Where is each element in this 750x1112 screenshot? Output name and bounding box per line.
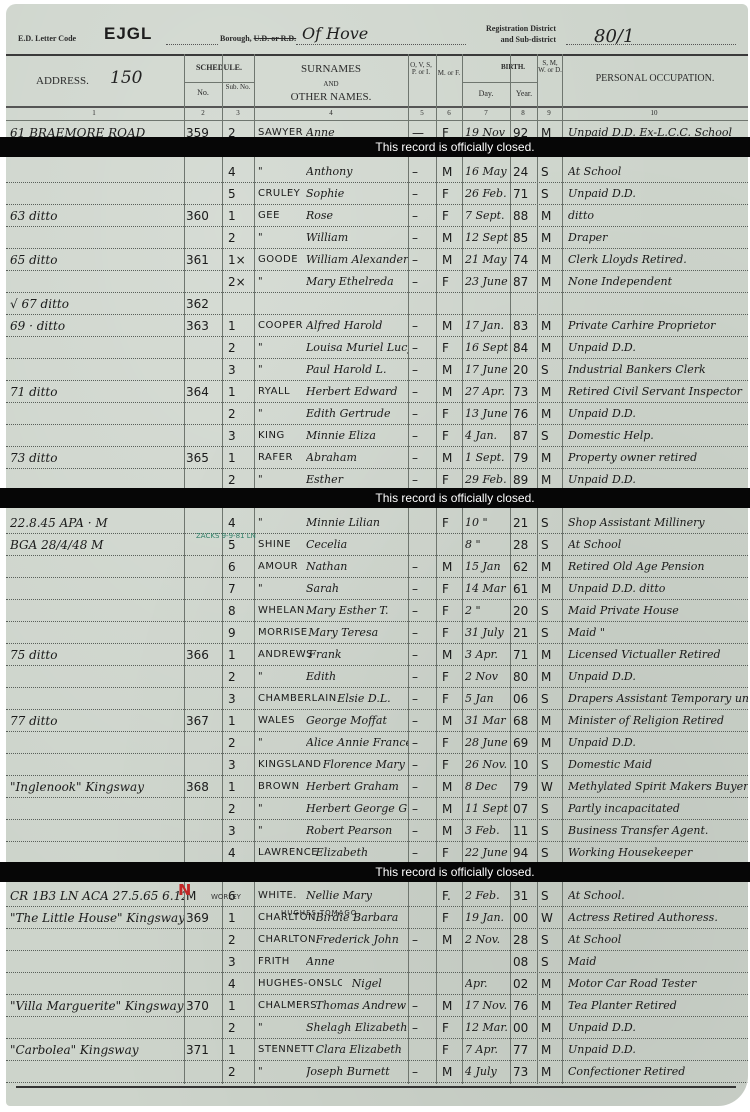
cell-no [186, 622, 222, 644]
cell-address: BGA 28/4/48 M [10, 534, 184, 556]
table-row: 9MORRISEMary Teresa–F31 July21SMaid " [6, 622, 748, 644]
table-row: 2"Louisa Muriel Lucy–F16 Sept.84MUnpaid … [6, 337, 748, 359]
register-page: E.D. Letter Code EJGL Borough, U.D. or R… [6, 4, 748, 1106]
cell-day: 3 Apr. [465, 644, 509, 666]
cell-year: 85 [513, 227, 537, 249]
cell-occupation: Unpaid D.D. [568, 1017, 748, 1039]
cell-occupation: At School. [568, 885, 748, 907]
cell-address [10, 425, 184, 447]
cell-occupation: Private Carhire Proprietor [568, 315, 748, 337]
table-row: √ 67 ditto362 [6, 293, 748, 315]
cell-no [186, 227, 222, 249]
cell-names: Mary Esther T. [306, 600, 408, 622]
cell-names: Frank [308, 644, 408, 666]
cell-day: 17 Nov. [465, 995, 509, 1017]
cell-names: Sophie [306, 183, 408, 205]
address-number: 150 [110, 68, 142, 88]
column-number: 9 [539, 110, 559, 117]
cell-sub: 4 [228, 512, 252, 534]
cell-ovspi: – [412, 381, 432, 403]
cell-address [10, 929, 184, 951]
cell-address: "The Little House" Kingsway [10, 907, 184, 929]
cell-sex: F [442, 754, 462, 776]
cell-status: S [541, 161, 561, 183]
cell-names: William [306, 227, 408, 249]
table-row: "The Little House" Kingsway3691CHARLTONB… [6, 907, 748, 929]
cell-sex: F [442, 425, 462, 447]
cell-status: M [541, 644, 561, 666]
cell-occupation [568, 293, 748, 315]
cell-no: 365 [186, 447, 222, 469]
table-row: "Villa Marguerite" Kingsway3701CHALMERST… [6, 995, 748, 1017]
cell-sub: 3 [228, 951, 252, 973]
cell-sub: 5 [228, 183, 252, 205]
cell-status: M [541, 403, 561, 425]
cell-names: Edith [306, 666, 408, 688]
cell-year: 06 [513, 688, 537, 710]
cell-year: 69 [513, 732, 537, 754]
cell-day: 2 " [465, 600, 509, 622]
cell-names: Herbert Edward [306, 381, 408, 403]
table-row: 2×"Mary Ethelreda–F23 June87MNone Indepe… [6, 271, 748, 293]
column-divider [408, 54, 409, 1084]
cell-occupation: Unpaid D.D. ditto [568, 578, 748, 600]
table-row: 2"Alice Annie Frances–F28 June69MUnpaid … [6, 732, 748, 754]
registration-label-1: Registration District [476, 24, 556, 33]
cell-status: S [541, 951, 561, 973]
cell-sub: 1 [228, 381, 252, 403]
cell-ovspi [412, 1039, 432, 1061]
cell-occupation: Industrial Bankers Clerk [568, 359, 748, 381]
cell-day: 26 Feb. [465, 183, 509, 205]
cell-ovspi: – [412, 249, 432, 271]
cell-address [10, 183, 184, 205]
cell-sub: 1 [228, 447, 252, 469]
cell-status [541, 293, 561, 315]
cell-ovspi: – [412, 359, 432, 381]
cell-sex: M [442, 710, 462, 732]
borough-label: Borough, U.D. or R.D. [220, 34, 296, 43]
cell-day: 22 June [465, 842, 509, 864]
cell-ovspi: – [412, 271, 432, 293]
cell-sub: 4 [228, 161, 252, 183]
cell-names [306, 293, 408, 315]
cell-address [10, 666, 184, 688]
cell-names: Herbert Graham [306, 776, 408, 798]
cell-sub: 2 [228, 403, 252, 425]
cell-year: 21 [513, 512, 537, 534]
cell-sex: M [442, 798, 462, 820]
cell-sex: F [442, 1039, 462, 1061]
cell-sex: F [442, 1017, 462, 1039]
cell-status: M [541, 556, 561, 578]
cell-year: 87 [513, 425, 537, 447]
cell-names: George Moffat [306, 710, 408, 732]
cell-ovspi: – [412, 600, 432, 622]
cell-ovspi: – [412, 205, 432, 227]
cell-status: M [541, 973, 561, 995]
cell-surname: CHAMBERLAIN [258, 688, 342, 710]
cell-ovspi: – [412, 995, 432, 1017]
cell-address [10, 732, 184, 754]
cell-status: M [541, 227, 561, 249]
cell-day: 16 May [465, 161, 509, 183]
cell-sex: F [442, 403, 462, 425]
cell-ovspi: – [412, 161, 432, 183]
cell-day: 12 Mar. [465, 1017, 509, 1039]
cell-year: 79 [513, 776, 537, 798]
cell-address [10, 403, 184, 425]
column-number: 6 [439, 110, 459, 117]
col-birth-day: Day. [463, 90, 509, 98]
column-number: 2 [193, 110, 213, 117]
cell-sub: 2 [228, 929, 252, 951]
cell-ovspi: – [412, 578, 432, 600]
cell-sex: F [442, 732, 462, 754]
cell-day: 5 Jan [465, 688, 509, 710]
closed-record-banner: This record is officially closed. [0, 862, 750, 882]
cell-sex: M [442, 161, 462, 183]
cell-day: 2 Feb. [465, 885, 509, 907]
cell-ovspi: – [412, 556, 432, 578]
cell-names: Thomas Andrew [316, 995, 408, 1017]
table-row: 3KINGSLANDFlorence Mary–F26 Nov.10SDomes… [6, 754, 748, 776]
cell-address [10, 337, 184, 359]
cell-occupation: Unpaid D.D. [568, 183, 748, 205]
table-row: 63 ditto3601GEERose–F7 Sept.88Mditto [6, 205, 748, 227]
cell-status: S [541, 359, 561, 381]
cell-ovspi: – [412, 227, 432, 249]
cell-address [10, 951, 184, 973]
cell-status: M [541, 732, 561, 754]
cell-status: M [541, 205, 561, 227]
cell-ovspi: – [412, 622, 432, 644]
cell-ovspi [412, 512, 432, 534]
cell-no [186, 688, 222, 710]
cell-names: Nellie Mary [306, 885, 408, 907]
closed-record-banner: This record is officially closed. [0, 137, 750, 157]
cell-address [10, 1061, 184, 1083]
table-row: 69 · ditto3631COOPERAlfred Harold–M17 Ja… [6, 315, 748, 337]
cell-day: 17 Jan. [465, 315, 509, 337]
cell-names: William Alexander [306, 249, 408, 271]
cell-address [10, 622, 184, 644]
cell-names: Anthony [306, 161, 408, 183]
cell-ovspi: – [412, 820, 432, 842]
cell-sub [228, 293, 252, 315]
cell-day: 8 Dec [465, 776, 509, 798]
cell-no [186, 337, 222, 359]
cell-sub: 1× [228, 249, 252, 271]
table-row: 4LAWRENCEElizabeth–F22 June94SWorking Ho… [6, 842, 748, 864]
column-number: 3 [228, 110, 248, 117]
cell-status: M [541, 381, 561, 403]
cell-occupation: ditto [568, 205, 748, 227]
cell-no [186, 403, 222, 425]
cell-names: Edith Gertrude [306, 403, 408, 425]
cell-day: 4 Jan. [465, 425, 509, 447]
table-row: "Carbolea" Kingsway3711STENNETTClara Eli… [6, 1039, 748, 1061]
cell-year: 83 [513, 315, 537, 337]
cell-no [186, 842, 222, 864]
cell-names: Mary Teresa [308, 622, 408, 644]
cell-occupation: Retired Civil Servant Inspector [568, 381, 748, 403]
table-row: 73 ditto3651RAFERAbraham–M1 Sept.79MProp… [6, 447, 748, 469]
cell-names: Elizabeth [316, 842, 408, 864]
col-status: S, M, W. or D. [538, 60, 562, 75]
cell-year: 08 [513, 951, 537, 973]
cell-sex: M [442, 820, 462, 842]
cell-day: 1 Sept. [465, 447, 509, 469]
cell-day: 23 June [465, 271, 509, 293]
cell-ovspi: – [412, 315, 432, 337]
cell-day: 26 Nov. [465, 754, 509, 776]
cell-sub: 3 [228, 688, 252, 710]
cell-address: CR 1B3 LN ACA 27.5.65 6.12.49 [10, 885, 184, 907]
cell-sub: 1 [228, 710, 252, 732]
cell-sex: M [442, 929, 462, 951]
cell-day: 19 Jan. [465, 907, 509, 929]
cell-status: S [541, 929, 561, 951]
cell-address [10, 820, 184, 842]
cell-sub: 4 [228, 842, 252, 864]
cell-names: Elsie D.L. [337, 688, 408, 710]
column-divider [510, 54, 511, 1084]
cell-year: 73 [513, 1061, 537, 1083]
cell-address: 77 ditto [10, 710, 184, 732]
cell-year: 61 [513, 578, 537, 600]
cell-ovspi: – [412, 425, 432, 447]
cell-address [10, 754, 184, 776]
cell-no [186, 578, 222, 600]
cell-ovspi [412, 907, 432, 929]
cell-sex: M [442, 249, 462, 271]
cell-address: "Carbolea" Kingsway [10, 1039, 184, 1061]
cell-day: 11 Sept. [465, 798, 509, 820]
cell-sex: M [442, 447, 462, 469]
cell-no: 362 [186, 293, 222, 315]
cell-ovspi [412, 885, 432, 907]
cell-names: Mary Ethelreda [306, 271, 408, 293]
cell-year: 24 [513, 161, 537, 183]
cell-year: 77 [513, 1039, 537, 1061]
column-number: 7 [476, 110, 496, 117]
cell-no: 363 [186, 315, 222, 337]
cell-address: 63 ditto [10, 205, 184, 227]
cell-status: M [541, 666, 561, 688]
cell-sub: 2 [228, 1061, 252, 1083]
cell-ovspi: – [412, 1017, 432, 1039]
cell-day: 15 Jan [465, 556, 509, 578]
cell-no [186, 271, 222, 293]
cell-no: 371 [186, 1039, 222, 1061]
cell-sex: F [442, 578, 462, 600]
cell-sex: F [442, 512, 462, 534]
cell-status: S [541, 534, 561, 556]
cell-sex: F [442, 842, 462, 864]
cell-status: S [541, 600, 561, 622]
cell-occupation: Working Housekeeper [568, 842, 748, 864]
cell-year: 88 [513, 205, 537, 227]
cell-no: 370 [186, 995, 222, 1017]
cell-status: S [541, 842, 561, 864]
cell-sub: 6 [228, 556, 252, 578]
cell-day [465, 951, 509, 973]
cell-year: 02 [513, 973, 537, 995]
table-row: 77 ditto3671WALESGeorge Moffat–M31 Mar68… [6, 710, 748, 732]
cell-sub: 7 [228, 578, 252, 600]
cell-status: S [541, 512, 561, 534]
borough-value: Of Hove [302, 24, 368, 43]
cell-sex: M [442, 227, 462, 249]
cell-status: M [541, 337, 561, 359]
cell-sub: 2× [228, 271, 252, 293]
cell-no [186, 666, 222, 688]
cell-year [513, 293, 537, 315]
cell-sex: M [442, 381, 462, 403]
cell-sex: F [442, 907, 462, 929]
cell-names: Robert Pearson [306, 820, 408, 842]
table-row: 2"Shelagh Elizabeth–F12 Mar.00MUnpaid D.… [6, 1017, 748, 1039]
cell-occupation: Domestic Maid [568, 754, 748, 776]
column-divider [436, 54, 437, 1084]
cell-address [10, 161, 184, 183]
cell-address: 22.8.45 APA · M [10, 512, 184, 534]
cell-sub: 1 [228, 644, 252, 666]
table-row: 2"Joseph Burnett–M4 July73MConfectioner … [6, 1061, 748, 1083]
cell-day: 4 July [465, 1061, 509, 1083]
cell-occupation: Unpaid D.D. [568, 1039, 748, 1061]
cell-day: 10 " [465, 512, 509, 534]
cell-no: 368 [186, 776, 222, 798]
cell-year: 28 [513, 929, 537, 951]
cell-year: 28 [513, 534, 537, 556]
cell-occupation: Clerk Lloyds Retired. [568, 249, 748, 271]
cell-no: 366 [186, 644, 222, 666]
col-schedule-no: No. [184, 89, 222, 97]
table-row: 3"Paul Harold L.–M17 June20SIndustrial B… [6, 359, 748, 381]
cell-day: 21 May [465, 249, 509, 271]
table-row: 2"Edith Gertrude–F13 June76MUnpaid D.D. [6, 403, 748, 425]
cell-status: M [541, 578, 561, 600]
cell-ovspi [412, 951, 432, 973]
cell-address [10, 359, 184, 381]
cell-occupation: Maid " [568, 622, 748, 644]
column-number: 1 [84, 110, 104, 117]
cell-occupation: Methylated Spirit Makers Buyer [568, 776, 748, 798]
cell-address [10, 973, 184, 995]
cell-sex: M [442, 995, 462, 1017]
cell-year: 68 [513, 710, 537, 732]
cell-year: 87 [513, 271, 537, 293]
cell-no [186, 798, 222, 820]
cell-ovspi: – [412, 688, 432, 710]
cell-occupation: Unpaid D.D. [568, 666, 748, 688]
cell-address: 73 ditto [10, 447, 184, 469]
cell-no [186, 161, 222, 183]
cell-status: M [541, 1039, 561, 1061]
cell-no [186, 425, 222, 447]
cell-sex: F [442, 337, 462, 359]
cell-sub: 2 [228, 732, 252, 754]
cell-sex [442, 534, 462, 556]
cell-status: M [541, 995, 561, 1017]
cell-names: Anne [306, 951, 408, 973]
table-row: 2"Herbert George Graham–M11 Sept.07SPart… [6, 798, 748, 820]
cell-no [186, 359, 222, 381]
cell-occupation: Retired Old Age Pension [568, 556, 748, 578]
cell-occupation: Confectioner Retired [568, 1061, 748, 1083]
cell-ovspi: – [412, 798, 432, 820]
cell-occupation: At School [568, 929, 748, 951]
cell-sub: 8 [228, 600, 252, 622]
cell-occupation: Business Transfer Agent. [568, 820, 748, 842]
cell-occupation: None Independent [568, 271, 748, 293]
cell-names: Alfred Harold [306, 315, 408, 337]
cell-occupation: Motor Car Road Tester [568, 973, 748, 995]
cell-day [465, 293, 509, 315]
cell-status: M [541, 710, 561, 732]
cell-no [186, 929, 222, 951]
cell-no [186, 1017, 222, 1039]
cell-occupation: At School [568, 161, 748, 183]
hughes-tomago-annotation: HUGHES-TOMAGO [281, 908, 357, 930]
cell-ovspi: – [412, 929, 432, 951]
cell-occupation: At School [568, 534, 748, 556]
register-header: E.D. Letter Code EJGL Borough, U.D. or R… [6, 4, 748, 48]
cell-year: 74 [513, 249, 537, 271]
cell-sex: F [442, 183, 462, 205]
cell-occupation: Maid [568, 951, 748, 973]
table-row: 71 ditto3641RYALLHerbert Edward–M27 Apr.… [6, 381, 748, 403]
cell-names: Rose [306, 205, 408, 227]
column-number: 8 [513, 110, 533, 117]
cell-occupation: Domestic Help. [568, 425, 748, 447]
cell-sex [442, 951, 462, 973]
cell-status: M [541, 249, 561, 271]
cell-sub: 1 [228, 995, 252, 1017]
cell-address: √ 67 ditto [10, 293, 184, 315]
cell-sex: F. [442, 885, 462, 907]
cell-sex: M [442, 1061, 462, 1083]
cell-names: Nigel [352, 973, 408, 995]
table-row: 3FRITHAnne08SMaid [6, 951, 748, 973]
table-row: 3CHAMBERLAINElsie D.L.–F5 Jan06SDrapers … [6, 688, 748, 710]
table-row: BGA 28/4/48 M5SHINECecelia8 "28SAt Schoo… [6, 534, 748, 556]
cell-occupation: Unpaid D.D. [568, 732, 748, 754]
cell-status: S [541, 885, 561, 907]
cell-status: S [541, 622, 561, 644]
closed-record-banner: This record is officially closed. [0, 488, 750, 508]
cell-year: 10 [513, 754, 537, 776]
cell-sub: 2 [228, 1017, 252, 1039]
cell-address [10, 798, 184, 820]
cell-year: 76 [513, 403, 537, 425]
cell-year: 94 [513, 842, 537, 864]
cell-ovspi: – [412, 776, 432, 798]
table-row: 22.8.45 APA · M4"Minnie LilianF10 "21SSh… [6, 512, 748, 534]
cell-no [186, 973, 222, 995]
cell-names: Sarah [306, 578, 408, 600]
column-divider [254, 54, 255, 1084]
table-row: 5CRULEYSophie–F26 Feb.71SUnpaid D.D. [6, 183, 748, 205]
cell-day: 16 Sept. [465, 337, 509, 359]
cell-occupation: Property owner retired [568, 447, 748, 469]
col-schedule-sub: Sub. No. [225, 84, 251, 91]
cell-day: 13 June [465, 403, 509, 425]
cell-ovspi [412, 293, 432, 315]
cell-names: Shelagh Elizabeth [306, 1017, 408, 1039]
